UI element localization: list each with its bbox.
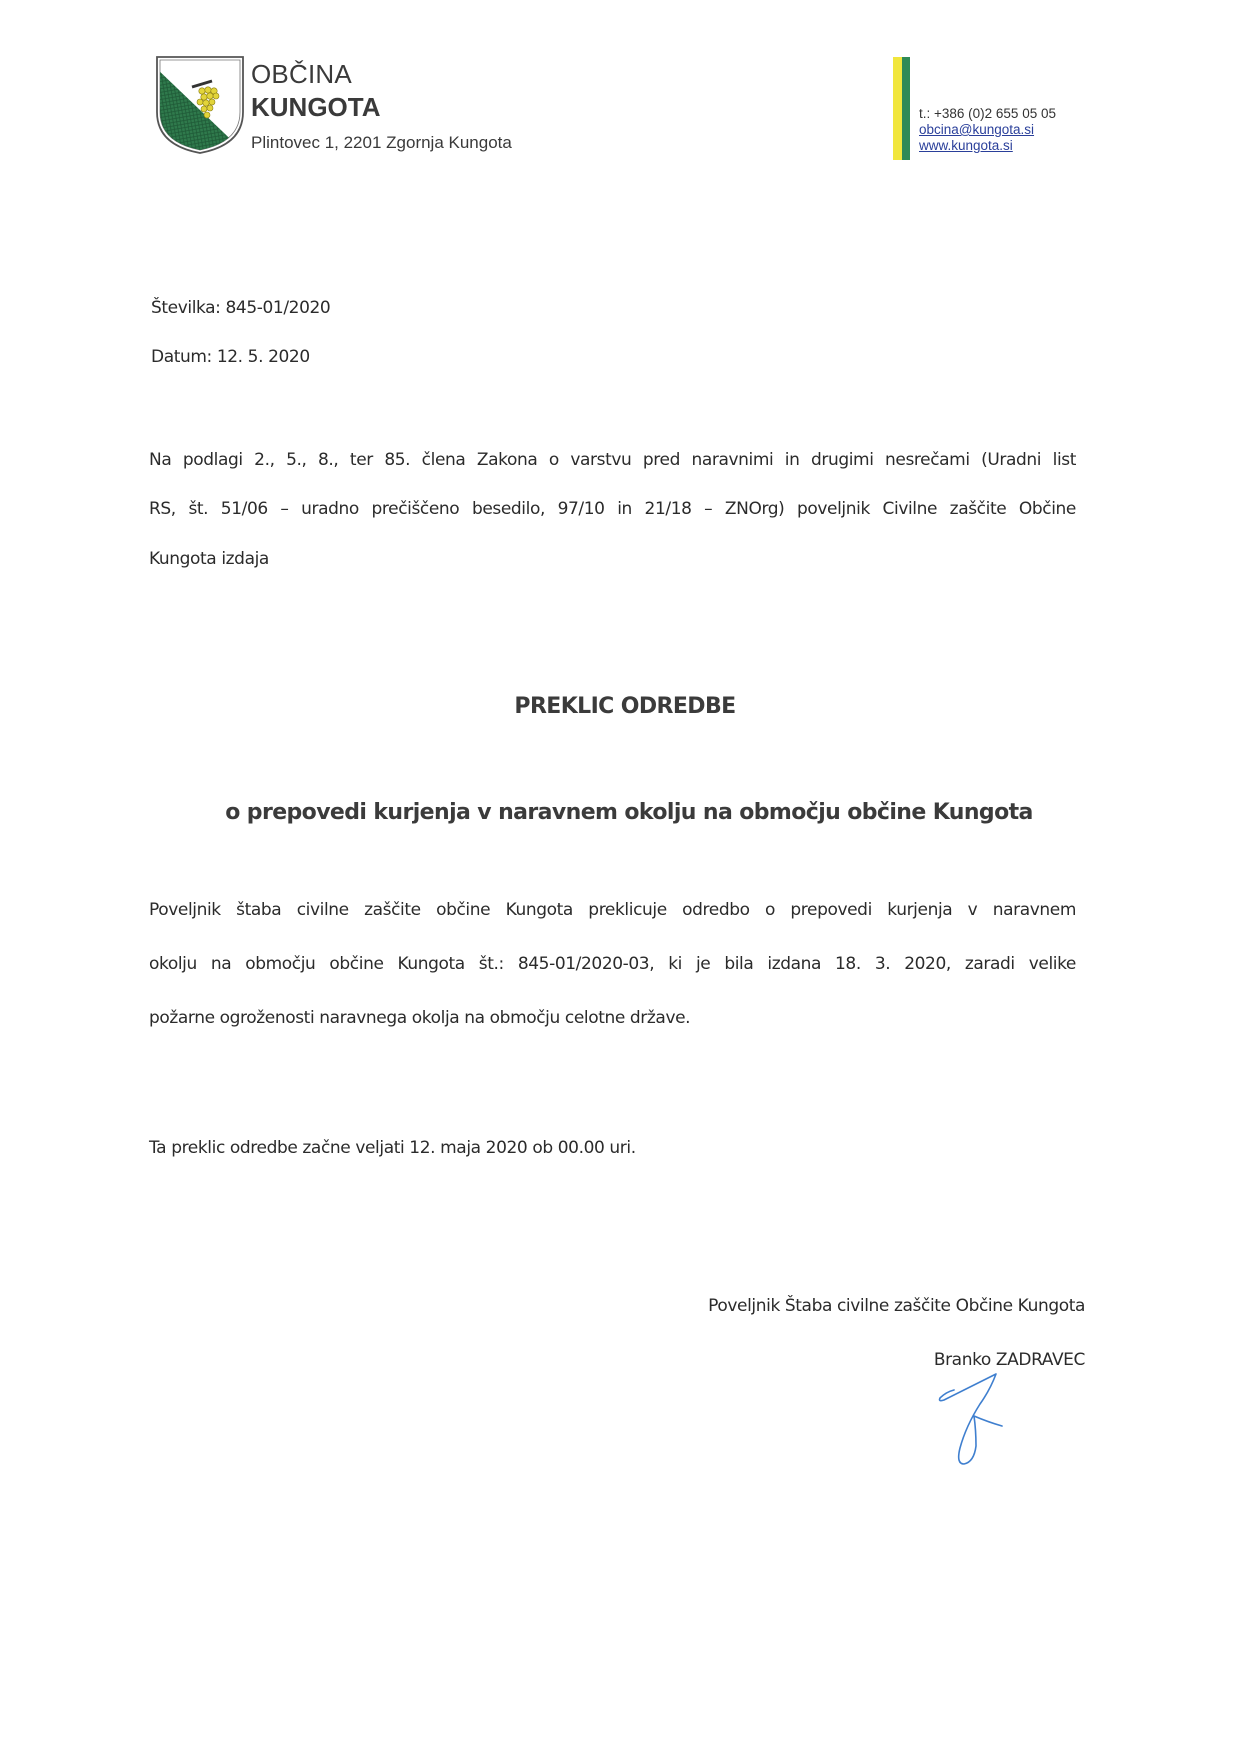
signatory-role: Poveljnik Štaba civilne zaščite Občine K… xyxy=(708,1296,1085,1316)
intro-line-1: Na podlagi 2., 5., 8., ter 85. člena Zak… xyxy=(149,450,1076,470)
org-name-line1: OBČINA xyxy=(251,60,352,88)
org-name-line2: KUNGOTA xyxy=(251,93,381,121)
body-line-1: Poveljnik štaba civilne zaščite občine K… xyxy=(149,900,1076,920)
contact-website-link[interactable]: www.kungota.si xyxy=(919,138,1013,153)
brand-bar-green xyxy=(902,57,910,160)
effective-date-statement: Ta preklic odredbe začne veljati 12. maj… xyxy=(149,1138,636,1158)
intro-line-2: RS, št. 51/06 – uradno prečiščeno besedi… xyxy=(149,499,1076,519)
body-line-3: požarne ogroženosti naravnega okolja na … xyxy=(149,1008,690,1028)
handwritten-signature-icon xyxy=(918,1360,1028,1490)
coat-of-arms-logo-icon xyxy=(154,54,246,154)
contact-email-link[interactable]: obcina@kungota.si xyxy=(919,122,1034,137)
document-subtitle: o prepovedi kurjenja v naravnem okolju n… xyxy=(0,800,1240,825)
brand-bar-yellow xyxy=(893,57,902,160)
org-address: Plintovec 1, 2201 Zgornja Kungota xyxy=(251,133,512,153)
document-date: Datum: 12. 5. 2020 xyxy=(151,347,310,367)
document-number: Številka: 845-01/2020 xyxy=(151,298,330,318)
intro-line-3: Kungota izdaja xyxy=(149,549,269,569)
contact-phone: t.: +386 (0)2 655 05 05 xyxy=(919,106,1056,121)
document-title: PREKLIC ODREDBE xyxy=(0,694,1240,719)
body-line-2: okolju na območju občine Kungota št.: 84… xyxy=(149,954,1076,974)
